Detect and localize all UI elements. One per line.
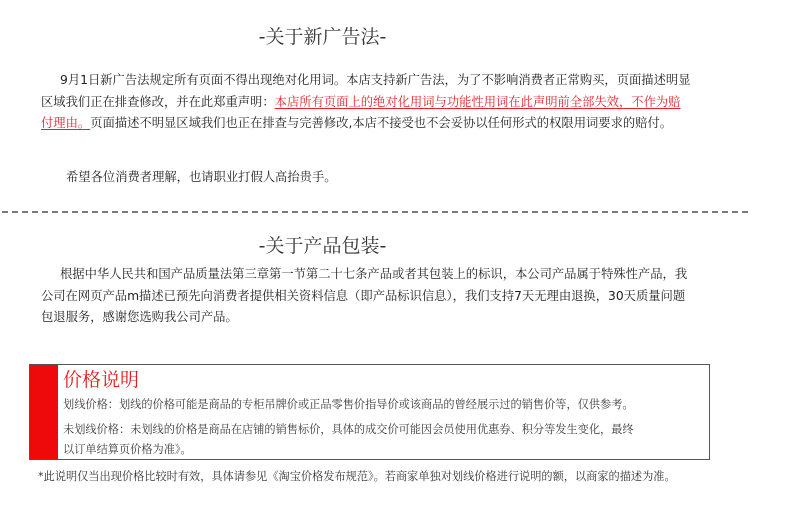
ad-law-text-2: 页面描述不明显区域我们也正在排查与完善修改,本店不接受也不会妥协以任何形式的权限… (90, 116, 672, 130)
uncrossed-price-text-2: 以订单结算页价格为准》。 (63, 439, 693, 460)
packaging-paragraph: 根据中华人民共和国产品质量法第三章第一节第二十七条产品或者其包装上的标识，本公司… (41, 264, 691, 329)
ad-law-paragraph: 9月1日新广告法规定所有页面不得出现绝对化用词。本店支持新广告法，为了不影响消费… (41, 70, 691, 135)
ad-law-appeal: 希望各位消费者理解，也请职业打假人高抬贵手。 (66, 167, 716, 189)
ad-law-title: -关于新广告法- (0, 22, 645, 49)
price-notice-box: 价格说明 划线价格：划线的价格可能是商品的专柜吊牌价或正品零售价指导价或该商品的… (29, 364, 710, 460)
uncrossed-price-text-1: 未划线价格：未划线的价格是商品在店铺的销售标价，具体的成交价可能因会员使用优惠券… (63, 419, 693, 440)
packaging-title: -关于产品包装- (0, 231, 645, 258)
dashed-divider (2, 211, 748, 213)
price-footnote: *此说明仅当出现价格比较时有效，具体请参见《淘宝价格发布规范》。若商家单独对划线… (38, 468, 676, 484)
crossed-price-text: 划线价格：划线的价格可能是商品的专柜吊牌价或正品零售价指导价或该商品的曾经展示过… (63, 394, 693, 415)
red-accent-bar (30, 365, 58, 459)
price-notice-title: 价格说明 (63, 367, 139, 393)
